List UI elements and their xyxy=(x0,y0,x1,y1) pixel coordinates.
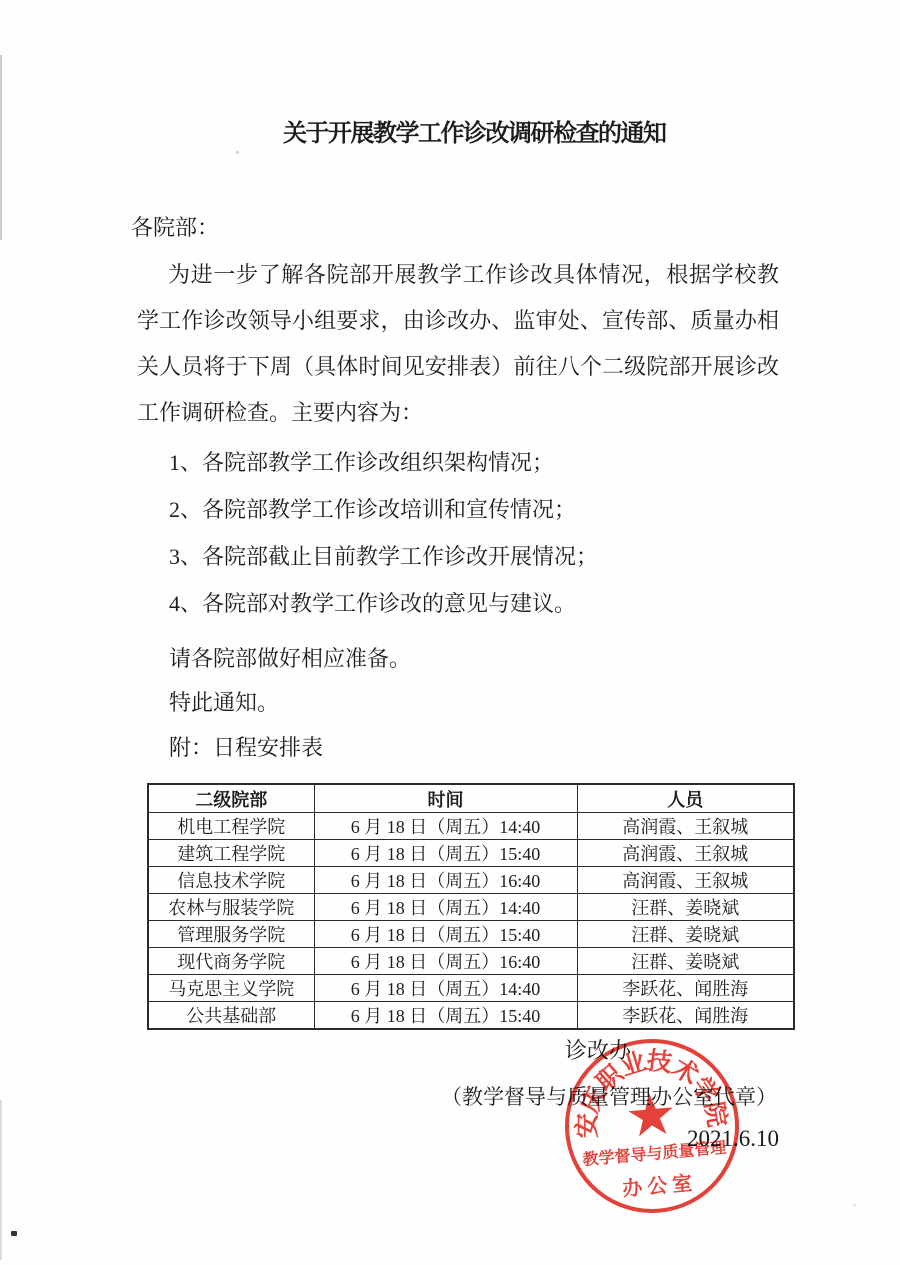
cell-time: 6 月 18 日（周五）16:40 xyxy=(314,948,577,975)
table-row: 建筑工程学院 6 月 18 日（周五）15:40 高润霞、王叙城 xyxy=(148,840,794,867)
cell-time: 6 月 18 日（周五）15:40 xyxy=(314,840,577,867)
cell-department: 管理服务学院 xyxy=(148,921,314,948)
table-header-row: 二级院部 时间 人员 xyxy=(148,784,794,813)
schedule-table: 二级院部 时间 人员 机电工程学院 6 月 18 日（周五）14:40 高润霞、… xyxy=(147,783,795,1030)
cell-time: 6 月 18 日（周五）15:40 xyxy=(314,1002,577,1030)
cell-department: 建筑工程学院 xyxy=(148,840,314,867)
scan-speck xyxy=(236,151,239,154)
cell-time: 6 月 18 日（周五）14:40 xyxy=(314,894,577,921)
cell-personnel: 高润霞、王叙城 xyxy=(577,840,794,867)
table-row: 管理服务学院 6 月 18 日（周五）15:40 汪群、姜晓斌 xyxy=(148,921,794,948)
table-row: 马克思主义学院 6 月 18 日（周五）14:40 李跃花、闻胜海 xyxy=(148,975,794,1002)
star-icon: ★ xyxy=(620,1085,683,1148)
cell-time: 6 月 18 日（周五）14:40 xyxy=(314,975,577,1002)
header-personnel: 人员 xyxy=(577,784,794,813)
document-title: 关于开展教学工作诊改调研检查的通知 xyxy=(283,113,666,148)
cell-personnel: 高润霞、王叙城 xyxy=(577,813,794,840)
cell-time: 6 月 18 日（周五）14:40 xyxy=(314,813,577,840)
cell-personnel: 李跃花、闻胜海 xyxy=(577,975,794,1002)
cell-department: 机电工程学院 xyxy=(148,813,314,840)
cell-time: 6 月 18 日（周五）16:40 xyxy=(314,867,577,894)
cell-personnel: 汪群、姜晓斌 xyxy=(577,921,794,948)
scan-speck xyxy=(11,1231,17,1236)
cell-time: 6 月 18 日（周五）15:40 xyxy=(314,921,577,948)
cell-department: 现代商务学院 xyxy=(148,948,314,975)
table-row: 现代商务学院 6 月 18 日（周五）16:40 汪群、姜晓斌 xyxy=(148,948,794,975)
scan-edge-artifact xyxy=(0,55,2,240)
attachment-note: 附：日程安排表 xyxy=(169,734,323,762)
list-item-4: 4、各院部对教学工作诊改的意见与建议。 xyxy=(169,590,576,618)
list-item-2: 2、各院部教学工作诊改培训和宣传情况； xyxy=(169,496,576,524)
list-item-1: 1、各院部教学工作诊改组织架构情况； xyxy=(169,449,554,477)
official-seal-stamp: 安庆职业技术学院 ★ 教学督导与质量管理 办公室 xyxy=(558,1032,747,1221)
scan-speck xyxy=(853,1204,856,1207)
table-row: 公共基础部 6 月 18 日（周五）15:40 李跃花、闻胜海 xyxy=(148,1002,794,1030)
stamp-arc-char: 安 xyxy=(574,1113,602,1139)
scanned-notice-page: 关于开展教学工作诊改调研检查的通知 各院部： 为进一步了解各院部开展教学工作诊改… xyxy=(0,0,900,1265)
table-row: 信息技术学院 6 月 18 日（周五）16:40 高润霞、王叙城 xyxy=(148,867,794,894)
salutation-line: 各院部： xyxy=(131,211,219,242)
table-row: 机电工程学院 6 月 18 日（周五）14:40 高润霞、王叙城 xyxy=(148,813,794,840)
closing-line-prepare: 请各院部做好相应准备。 xyxy=(169,645,411,673)
header-department: 二级院部 xyxy=(148,784,314,813)
list-item-3: 3、各院部截止目前教学工作诊改开展情况； xyxy=(169,543,598,571)
scan-edge-artifact xyxy=(0,1100,2,1260)
cell-department: 马克思主义学院 xyxy=(148,975,314,1002)
header-time: 时间 xyxy=(314,784,577,813)
cell-department: 信息技术学院 xyxy=(148,867,314,894)
cell-personnel: 李跃花、闻胜海 xyxy=(577,1002,794,1030)
table-row: 农林与服装学院 6 月 18 日（周五）14:40 汪群、姜晓斌 xyxy=(148,894,794,921)
closing-line-notice: 特此通知。 xyxy=(169,689,279,717)
cell-department: 农林与服装学院 xyxy=(148,894,314,921)
cell-personnel: 汪群、姜晓斌 xyxy=(577,948,794,975)
cell-personnel: 汪群、姜晓斌 xyxy=(577,894,794,921)
body-paragraph: 为进一步了解各院部开展教学工作诊改具体情况，根据学校教学工作诊改领导小组要求，由… xyxy=(137,252,779,436)
stamp-arc-char: 院 xyxy=(699,1100,731,1130)
cell-department: 公共基础部 xyxy=(148,1002,314,1030)
cell-personnel: 高润霞、王叙城 xyxy=(577,867,794,894)
